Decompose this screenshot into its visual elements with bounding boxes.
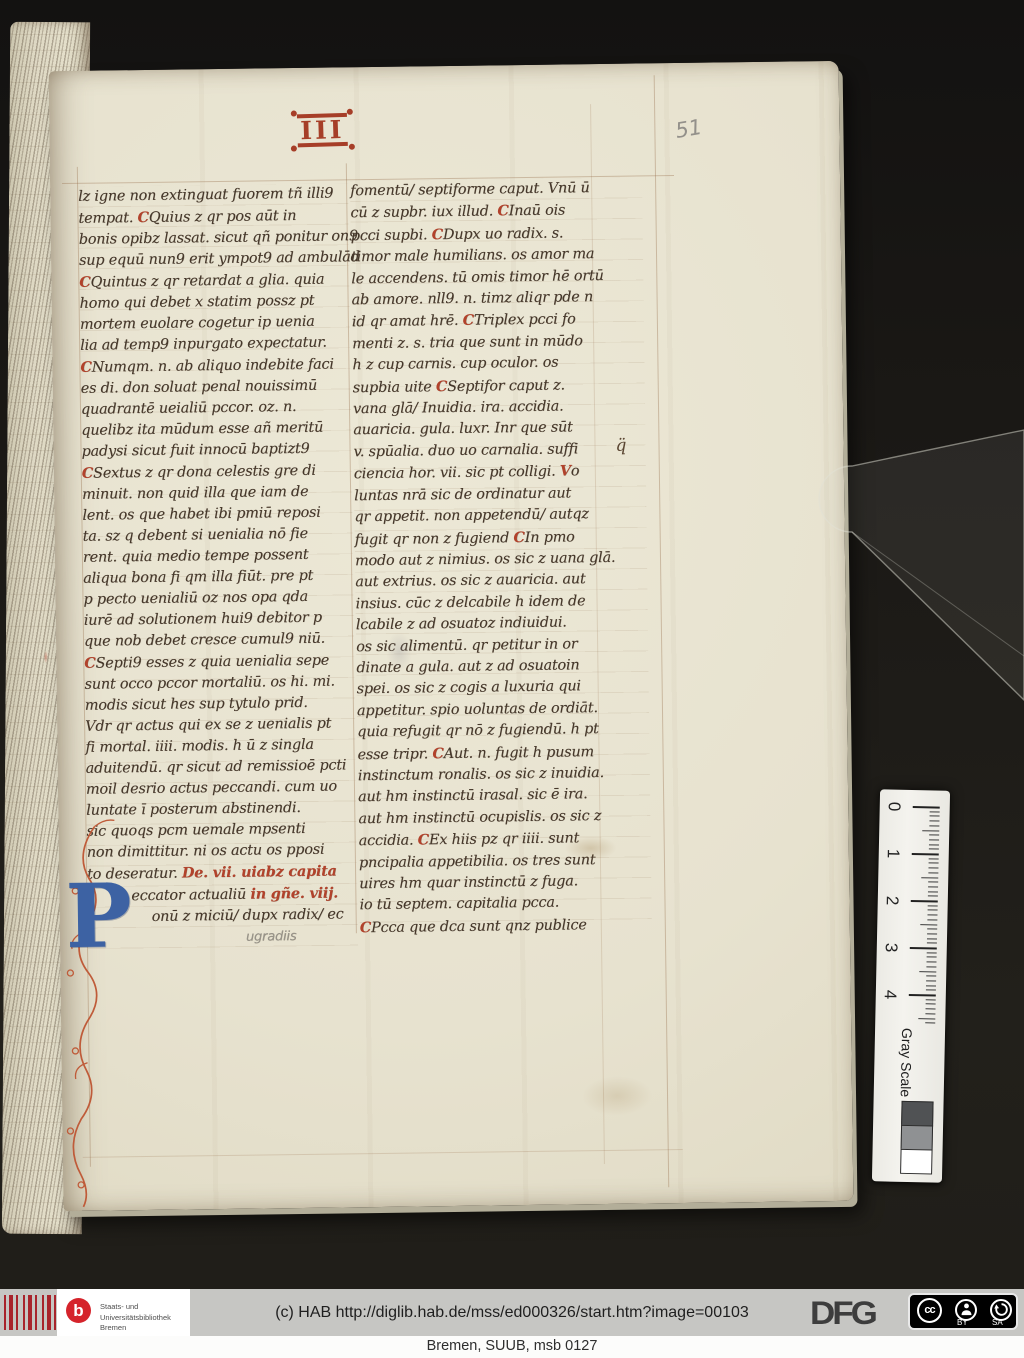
manuscript-text-line: CPcca que dca sunt qnz publice xyxy=(360,913,652,939)
ruler-tick xyxy=(921,877,938,878)
ruler-tick xyxy=(929,825,939,826)
ruler-tick xyxy=(928,910,938,911)
ruler-tick xyxy=(918,1018,935,1019)
ruler-tick xyxy=(913,806,940,809)
ruler-tick xyxy=(929,849,939,850)
ruler-tick xyxy=(929,863,939,864)
ruler-tick xyxy=(928,896,938,897)
gray-scale-swatch xyxy=(901,1101,934,1127)
ruler-tick xyxy=(929,820,939,821)
plastic-page-holder xyxy=(758,408,1024,708)
ruler-tick xyxy=(927,943,937,944)
cc-license-badge: cc BY SA xyxy=(908,1293,1018,1330)
ruler-tick xyxy=(927,938,937,939)
ruler-number: 0 xyxy=(884,796,904,816)
ruler-tick xyxy=(927,933,937,934)
ruler-tick xyxy=(926,985,936,986)
ruler-tick xyxy=(927,957,937,958)
ruler-tick xyxy=(928,867,938,868)
gray-scale-swatches xyxy=(900,1102,934,1175)
ruler-tick xyxy=(925,1022,935,1023)
ruler-tick xyxy=(927,919,937,920)
ruler-tick xyxy=(920,924,937,925)
ruler-tick xyxy=(927,914,937,915)
ruler-tick xyxy=(929,844,939,845)
manuscript-text-line: sunt occo pccor mortaliū. os hi. mi. xyxy=(84,671,354,696)
ruler-tick xyxy=(928,891,938,892)
ruler-tick xyxy=(922,830,939,831)
ruler-tick xyxy=(926,1004,936,1005)
manuscript-text-line: aliqua bona fi qm illa fiūt. pre pt xyxy=(83,565,353,590)
ruler-tick xyxy=(926,980,936,981)
heading-ornament-dot xyxy=(347,109,353,115)
ruler-tick xyxy=(929,839,939,840)
chapter-numeral-text: III xyxy=(297,113,348,148)
heading-ornament-dot xyxy=(349,144,355,150)
parchment-stain xyxy=(386,632,413,672)
footer-bar: b Staats- und Universitätsbibliothek Bre… xyxy=(0,1289,1024,1336)
manuscript-text-line: CSextus z qr dona celestis gre di xyxy=(82,459,352,485)
ruler-tick xyxy=(919,971,936,972)
ruler-tick xyxy=(926,999,936,1000)
ruler-tick xyxy=(929,835,939,836)
ruling-line-horizontal xyxy=(83,1149,683,1158)
ruler-number: 3 xyxy=(881,937,901,957)
ruler-tick xyxy=(926,961,936,962)
cc-by-label: BY xyxy=(957,1318,968,1327)
dfg-logo: DFG xyxy=(810,1296,875,1333)
margin-mark: q̈ xyxy=(615,436,626,456)
ruler-tick xyxy=(926,990,936,991)
ruler-number: 4 xyxy=(880,984,900,1004)
gray-scale-ruler: 01234 Gray Scale xyxy=(872,789,950,1182)
gray-scale-swatch xyxy=(901,1125,934,1151)
manuscript-text-line: modo aut z nimius. os sic z uana glā. xyxy=(355,547,647,572)
ruler-tick xyxy=(911,900,938,903)
ruler-tick xyxy=(927,929,937,930)
ruler-tick xyxy=(928,882,938,883)
illuminated-initial: P xyxy=(65,876,132,956)
ruler-tick xyxy=(926,976,936,977)
manuscript-text-line: le accendens. tū omis timor hē ortū xyxy=(351,265,643,290)
ruler-tick xyxy=(926,966,936,967)
heading-ornament-dot xyxy=(291,145,297,151)
ruler-tick xyxy=(912,853,939,856)
ruler-label: Gray Scale xyxy=(898,1028,915,1098)
ruler-tick xyxy=(909,994,936,997)
manuscript-text-line: lent. os que habet ibi pmiū reposi xyxy=(82,502,352,527)
caption-bar: Bremen, SUUB, msb 0127 xyxy=(0,1336,1024,1358)
ruler-tick xyxy=(929,858,939,859)
manuscript-text-line: quelibz ita mūdum esse añ meritū xyxy=(81,417,351,442)
ruler-tick xyxy=(930,811,940,812)
digitized-manuscript-photo: III 51 lz igne non extinguat fuorem tñ i… xyxy=(0,0,1024,1358)
manuscript-text-line: lz igne non extinguat fuorem tñ illi9 xyxy=(78,183,348,208)
caption-text: Bremen, SUUB, msb 0127 xyxy=(0,1336,1024,1357)
ruler-tick xyxy=(927,952,937,953)
ruler-number: 1 xyxy=(883,843,903,863)
chapter-numeral: III xyxy=(297,113,348,148)
manuscript-text-line: moil desrio actus peccandi. cum uo xyxy=(86,776,356,801)
ruler-number: 2 xyxy=(882,890,902,910)
cc-icon: cc xyxy=(917,1298,942,1323)
parchment-stain xyxy=(582,1075,653,1116)
ruler-tick xyxy=(925,1013,935,1014)
ruler-tick xyxy=(928,872,938,873)
ruler-tick xyxy=(928,905,938,906)
cc-sa-label: SA xyxy=(992,1318,1003,1327)
gray-scale-swatch xyxy=(900,1149,933,1175)
manuscript-page: III 51 lz igne non extinguat fuorem tñ i… xyxy=(49,61,854,1211)
ruler-tick xyxy=(910,947,937,950)
ruling-line-vertical xyxy=(654,75,670,1187)
manuscript-text-line: es di. don soluat penal nouissimū xyxy=(81,375,351,400)
text-column-right: fomentū/ septiforme caput. Vnū ūcū z sup… xyxy=(350,177,652,939)
ruler-tick xyxy=(926,1008,936,1009)
ruler-tick xyxy=(930,816,940,817)
manuscript-text-line: Vdr qr actus qui ex se z uenialis pt xyxy=(85,713,355,738)
folio-number-pencil: 51 xyxy=(674,115,704,143)
ruler-tick xyxy=(928,886,938,887)
